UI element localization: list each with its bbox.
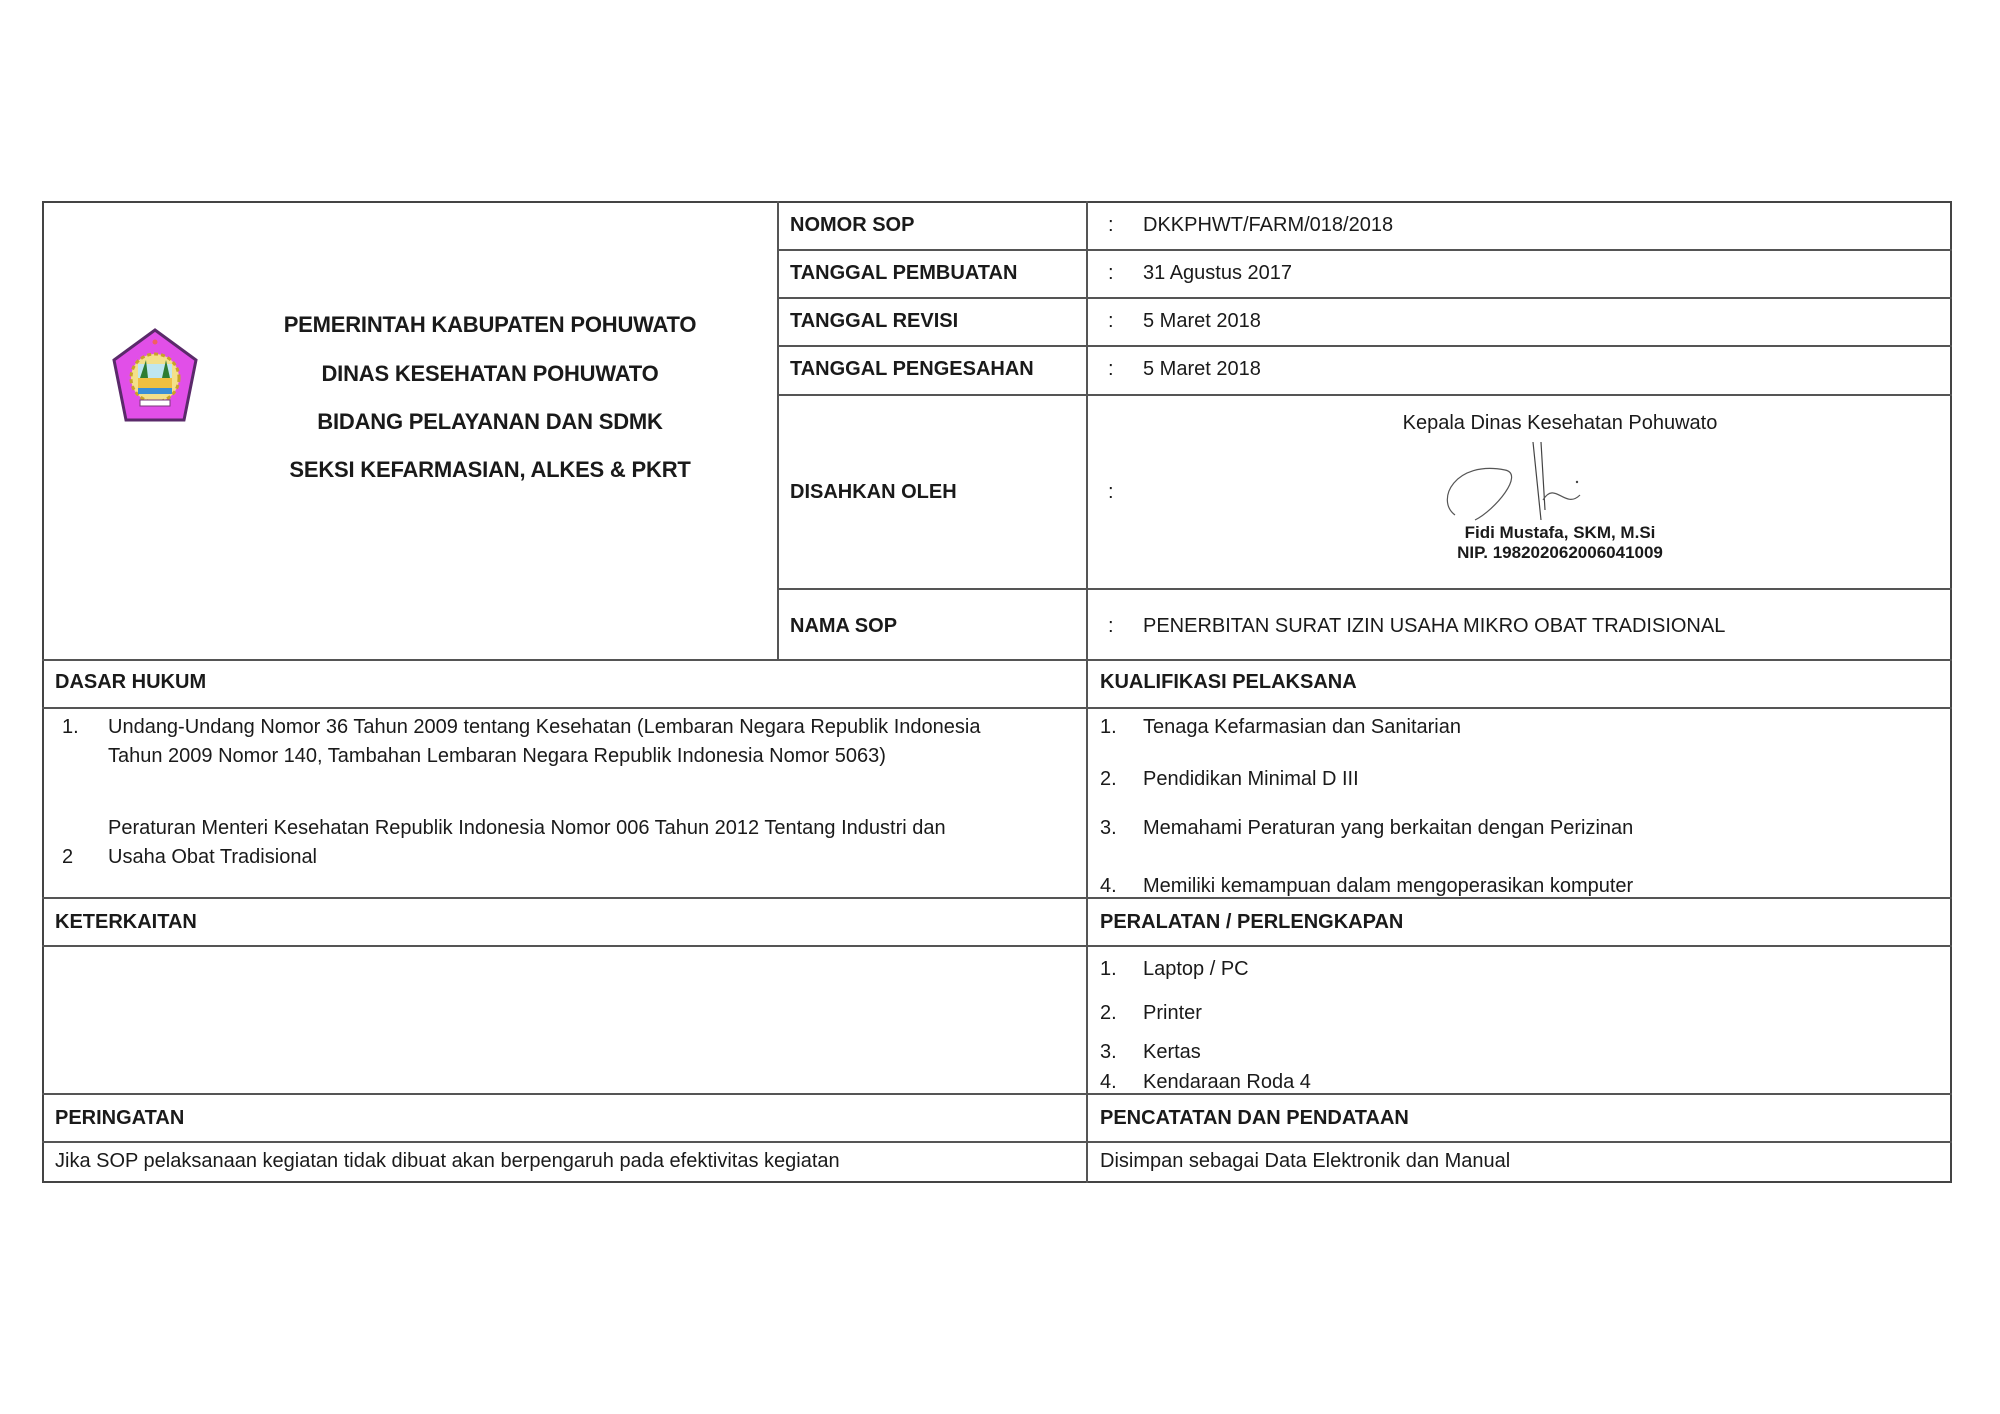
warning-text: Jika SOP pelaksanaan kegiatan tidak dibu… [55, 1147, 840, 1176]
divider-row [42, 945, 1952, 947]
section-title-qualifications: KUALIFIKASI PELAKSANA [1100, 671, 1357, 694]
divider-row [777, 588, 1952, 590]
equipment-item: Kertas [1143, 1038, 1201, 1067]
label-creation-date: TANGGAL PEMBUATAN [790, 262, 1017, 285]
equipment-number: 3. [1100, 1041, 1117, 1064]
label-sop-number: NOMOR SOP [790, 214, 914, 237]
legal-basis-item-2-line-1: Peraturan Menteri Kesehatan Republik Ind… [108, 814, 946, 843]
separator: : [1108, 358, 1114, 381]
divider-row [777, 394, 1952, 396]
equipment-item: Kendaraan Roda 4 [1143, 1068, 1311, 1097]
divider-row [777, 345, 1952, 347]
section-title-records: PENCATATAN DAN PENDATAAN [1100, 1107, 1409, 1130]
separator: : [1108, 310, 1114, 333]
divider-header-left [777, 201, 779, 659]
qualification-item: Tenaga Kefarmasian dan Sanitarian [1143, 713, 1461, 742]
divider-header-right [1086, 201, 1088, 1183]
divider-row [42, 1093, 1952, 1095]
equipment-number: 2. [1100, 1002, 1117, 1025]
org-line-government: PEMERINTAH KABUPATEN POHUWATO [230, 312, 750, 338]
label-approved-by: DISAHKAN OLEH [790, 481, 957, 504]
qualification-number: 3. [1100, 817, 1117, 840]
qualification-item: Memahami Peraturan yang berkaitan dengan… [1143, 814, 1633, 843]
divider-row [42, 707, 1952, 709]
approver-title: Kepala Dinas Kesehatan Pohuwato [1300, 412, 1820, 435]
qualification-number: 1. [1100, 716, 1117, 739]
records-text: Disimpan sebagai Data Elektronik dan Man… [1100, 1147, 1510, 1176]
legal-basis-item-1-line-1: Undang-Undang Nomor 36 Tahun 2009 tentan… [108, 713, 980, 742]
approver-nip: NIP. 198202062006041009 [1360, 543, 1760, 563]
equipment-number: 4. [1100, 1071, 1117, 1094]
section-title-warning: PERINGATAN [55, 1107, 184, 1130]
legal-basis-number: 1. [62, 716, 79, 739]
signature-icon [1415, 440, 1615, 535]
sop-table-frame [42, 201, 1952, 1183]
divider-row [777, 297, 1952, 299]
section-title-equipment: PERALATAN / PERLENGKAPAN [1100, 911, 1403, 934]
separator: : [1108, 214, 1114, 237]
label-revision-date: TANGGAL REVISI [790, 310, 958, 333]
section-title-legal-basis: DASAR HUKUM [55, 671, 206, 694]
section-title-related: KETERKAITAN [55, 911, 197, 934]
pohuwato-emblem-icon [110, 326, 200, 426]
org-line-health-office: DINAS KESEHATAN POHUWATO [230, 361, 750, 387]
divider-row [777, 249, 1952, 251]
qualification-item: Pendidikan Minimal D III [1143, 765, 1359, 794]
qualification-number: 4. [1100, 875, 1117, 898]
label-sop-name: NAMA SOP [790, 615, 897, 638]
equipment-number: 1. [1100, 958, 1117, 981]
divider-row [42, 897, 1952, 899]
value-creation-date: 31 Agustus 2017 [1143, 262, 1292, 285]
value-sop-number: DKKPHWT/FARM/018/2018 [1143, 214, 1393, 237]
label-approval-date: TANGGAL PENGESAHAN [790, 358, 1034, 381]
approver-name: Fidi Mustafa, SKM, M.Si [1360, 523, 1760, 543]
legal-basis-item-2-line-2: Usaha Obat Tradisional [108, 843, 317, 872]
org-line-division: BIDANG PELAYANAN DAN SDMK [230, 409, 750, 435]
value-approval-date: 5 Maret 2018 [1143, 358, 1261, 381]
divider-row [42, 659, 1952, 661]
separator: : [1108, 615, 1114, 638]
equipment-item: Laptop / PC [1143, 955, 1249, 984]
qualification-number: 2. [1100, 768, 1117, 791]
legal-basis-number: 2 [62, 846, 73, 869]
legal-basis-item-1-line-2: Tahun 2009 Nomor 140, Tambahan Lembaran … [108, 742, 886, 771]
separator: : [1108, 262, 1114, 285]
divider-row [42, 1141, 1952, 1143]
equipment-item: Printer [1143, 999, 1202, 1028]
value-revision-date: 5 Maret 2018 [1143, 310, 1261, 333]
org-line-section: SEKSI KEFARMASIAN, ALKES & PKRT [230, 457, 750, 483]
qualification-item: Memiliki kemampuan dalam mengoperasikan … [1143, 872, 1633, 901]
value-sop-name: PENERBITAN SURAT IZIN USAHA MIKRO OBAT T… [1143, 615, 1725, 638]
separator: : [1108, 481, 1114, 504]
